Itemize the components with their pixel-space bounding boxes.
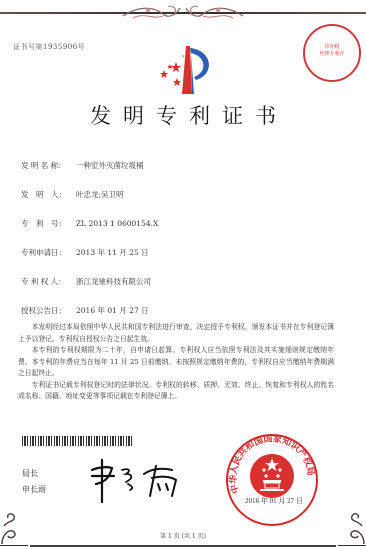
agency-seal: 印花税 代理专利存: [303, 24, 361, 82]
page-indicator: 第 1 页 (共 1 页): [0, 531, 366, 540]
director-name: 申长雨: [22, 484, 46, 495]
field-value: 一种室外灭菌垃圾桶: [76, 160, 144, 171]
field-label: 专 利 号：: [21, 218, 76, 229]
director-title: 局长: [22, 468, 38, 479]
agency-seal-sub: 印花税: [315, 44, 349, 51]
field-invention-name: 发 明 名 称：一种室外灭菌垃圾桶: [21, 160, 144, 171]
field-value: 叶忠龙;吴卫明: [76, 189, 124, 200]
state-seal: 中华人民共和国国家知识产权局 2016 年 01 月 27 日: [226, 434, 318, 526]
agency-seal-text: 代理专利存: [315, 51, 349, 58]
barcode: [22, 436, 132, 446]
field-value: ZL 2013 1 0600154.X: [76, 219, 158, 228]
field-value: 2013 年 11 月 25 日: [76, 247, 149, 258]
field-label: 发 明 人：: [21, 189, 76, 200]
body-paragraph: 本发明经过本局依照中华人民共和国专利法进行审查，决定授予专利权，颁发本证书并在专…: [18, 322, 334, 345]
seal-ring-text-icon: 中华人民共和国国家知识产权局: [226, 434, 318, 526]
field-label: 专利申请日：: [21, 247, 76, 258]
field-patentee: 专 利 权 人：浙江龙驰科技有限公司: [21, 276, 151, 287]
svg-text:中华人民共和国国家知识产权局: 中华人民共和国国家知识产权局: [227, 434, 316, 495]
signature-icon: [86, 456, 186, 504]
patent-office-logo-icon: [150, 44, 220, 96]
field-value: 浙江龙驰科技有限公司: [76, 276, 151, 287]
seal-date: 2016 年 01 月 27 日: [234, 496, 314, 506]
top-ornament-icon: [118, 2, 248, 24]
field-patent-number: 专 利 号：ZL 2013 1 0600154.X: [21, 218, 158, 229]
field-value: 2016 年 01 月 27 日: [76, 305, 149, 316]
certificate-body: 本发明经过本局依照中华人民共和国专利法进行审查，决定授予专利权，颁发本证书并在专…: [18, 322, 334, 403]
body-paragraph: 专利证书记载专利权登记时的法律状况。专利权的转移、质押、无效、终止、恢复和专利权…: [18, 380, 334, 403]
field-label: 发 明 名 称：: [21, 160, 76, 171]
field-label: 专 利 权 人：: [21, 276, 76, 287]
field-inventors: 发 明 人：叶忠龙;吴卫明: [21, 189, 124, 200]
certificate-title: 发明专利证书: [0, 100, 366, 130]
certificate-number: 证书号第1935906号: [13, 42, 85, 52]
corner-ornament-right-icon: [338, 506, 366, 546]
field-grant-date: 授权公告日：2016 年 01 月 27 日: [21, 305, 149, 316]
corner-ornament-left-icon: [0, 506, 28, 546]
field-label: 授权公告日：: [21, 305, 76, 316]
body-paragraph: 本专利的专利权期限为二十年，自申请日起算。专利权人应当依照专利法及其实施细则规定…: [18, 345, 334, 380]
bottom-border-rule: [30, 545, 336, 547]
field-filing-date: 专利申请日：2013 年 11 月 25 日: [21, 247, 149, 258]
